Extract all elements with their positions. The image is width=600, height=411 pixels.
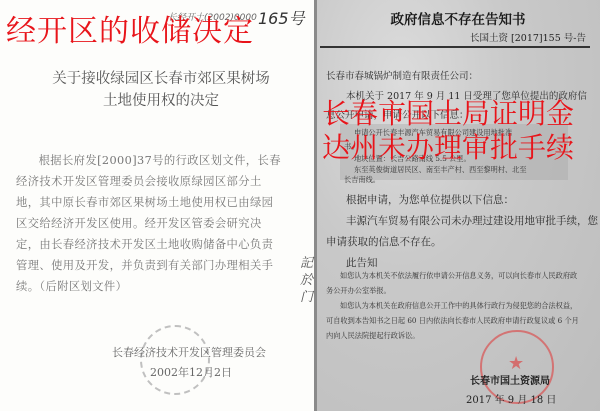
left-doc-number-handwritten: 165号 [258,6,305,29]
right-doc-para2: 根据申请，为您单位提供以下信息： [346,192,514,207]
right-doc-issuer: 长春市国土资源局 [470,372,550,387]
right-doc-remedy1-line2: 务公开办公室举报。 [326,286,391,296]
right-doc-para3-line2: 申请获取的信息不存在。 [326,234,442,249]
right-doc-remedy2-line1: 如您认为本机关在政府信息公开工作中的具体行政行为侵犯您的合法权益， [340,301,577,311]
right-doc-addressee: 长春市春城锅炉制造有限责任公司： [326,68,478,82]
left-red-caption: 经开区的收储决定 [6,6,254,50]
right-doc-remedy2-line2: 可自收到本告知书之日起 60 日内依法向长春市人民政府申请行政复议或 6 个月 [326,316,579,326]
side-handwriting: 記於门 [300,255,313,306]
right-doc-title: 政府信息不存在告知书 [316,8,600,28]
left-doc-body: 根据长府发[2000]37号的行政区划文件，长春经济技术开发区管理委员会接收原绿… [16,150,282,297]
left-doc-title-line2: 土地使用权的决定 [36,90,286,112]
right-doc-box-line4: 东至英俊街道居民区、南至丰产村、西至黎明村、北至 [354,165,527,175]
right-doc-date: 2017 年 9 月 18 日 [466,391,556,406]
left-doc-seal-icon [140,325,210,395]
left-doc-date: 2002年12月2日 [150,364,232,380]
right-doc-box-line5: 长吉南线。 [344,175,380,185]
right-doc-title-rule [320,46,590,48]
page-divider [314,0,317,411]
right-doc-number: 长国土资 [2017]155 号-告 [470,30,586,44]
right-doc-remedy2-line3: 内向人民法院提起行政诉讼。 [326,331,419,341]
left-doc-title: 关于接收绿园区长春市郊区果树场 土地使用权的决定 [36,68,286,112]
left-doc-title-line1: 关于接收绿园区长春市郊区果树场 [36,68,286,90]
right-doc-para3-line1: 丰源汽车贸易有限公司未办理过建设用地审批手续，您 [346,213,598,228]
left-doc-issuer: 长春经济技术开发区管理委员会 [112,344,266,360]
right-doc-closing: 此告知 [346,255,378,270]
right-red-caption-line2: 达州未办理审批手续 [322,126,574,166]
seal-star-icon: ★ [508,353,524,374]
right-doc-remedy1-line1: 如您认为本机关不依法履行依申请公开信息义务，可以向长春市人民政府政 [340,271,577,281]
